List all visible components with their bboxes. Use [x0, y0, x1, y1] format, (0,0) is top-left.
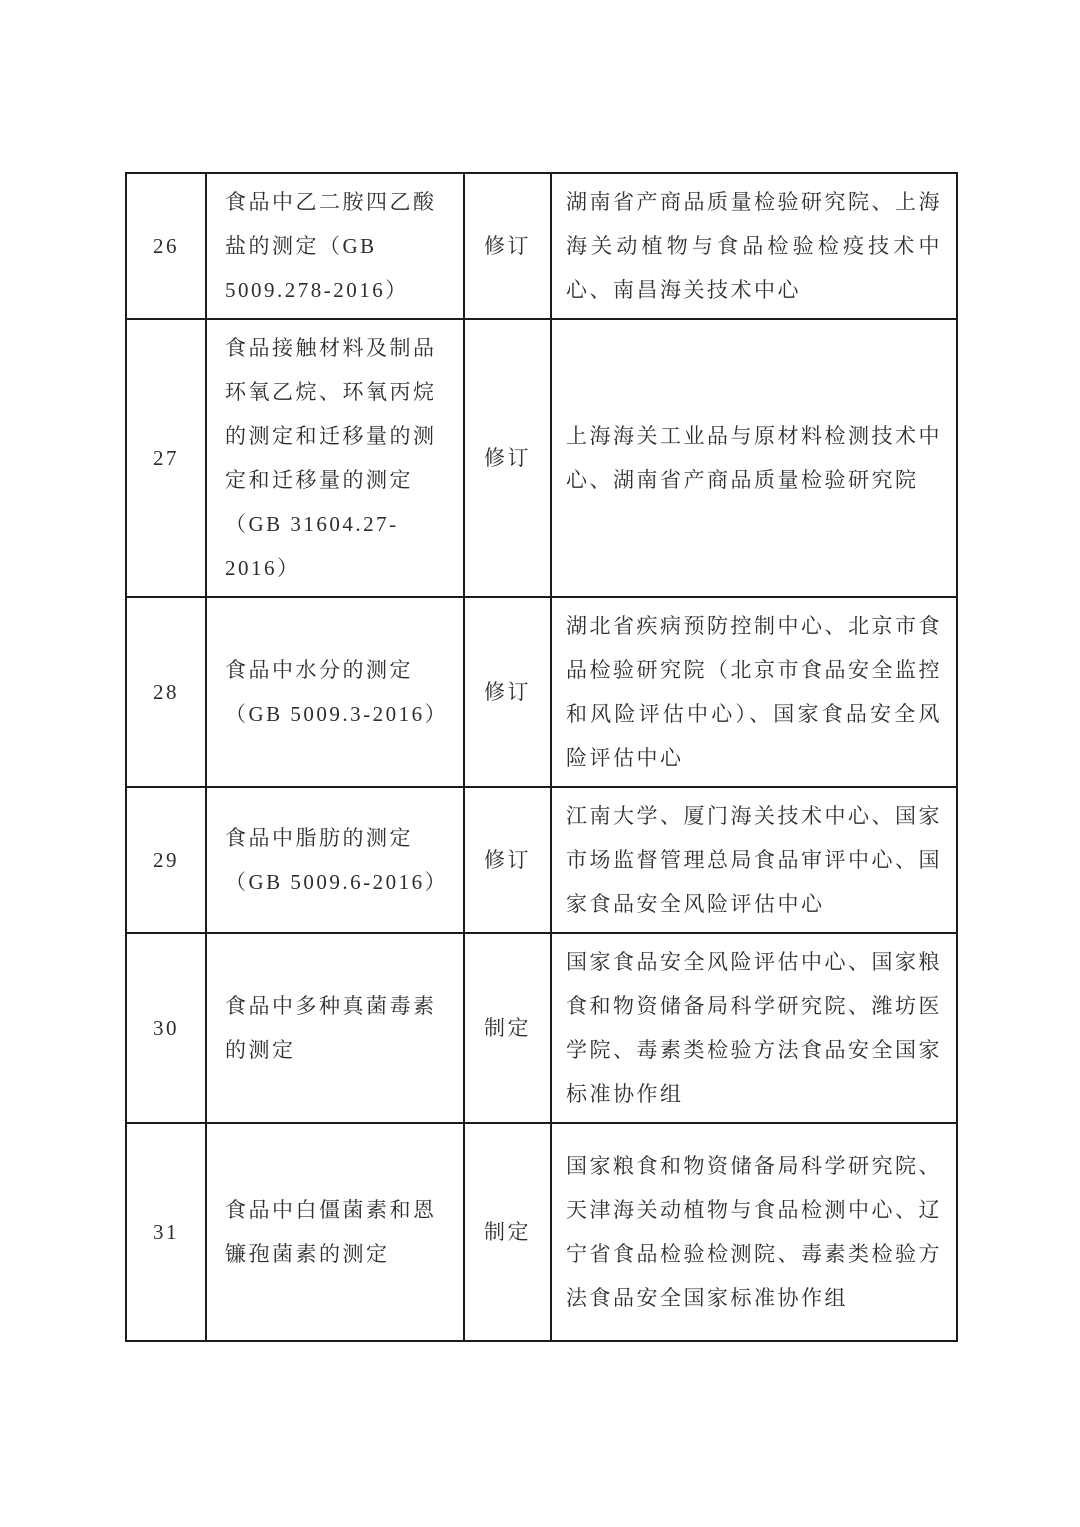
action-cell: 修订 — [464, 787, 551, 933]
action-cell: 修订 — [464, 319, 551, 597]
institutions-cell: 国家食品安全风险评估中心、国家粮食和物资储备局科学研究院、潍坊医学院、毒素类检验… — [551, 933, 957, 1123]
table-row: 27 食品接触材料及制品 环氧乙烷、环氧丙烷 的测定和迁移量的测 定和迁移量的测… — [126, 319, 957, 597]
document-page: 26 食品中乙二胺四乙酸 盐的测定（GB 5009.278-2016） 修订 湖… — [0, 0, 1080, 1527]
standard-name-cell: 食品接触材料及制品 环氧乙烷、环氧丙烷 的测定和迁移量的测 定和迁移量的测定 （… — [206, 319, 464, 597]
standard-name-cell: 食品中脂肪的测定 （GB 5009.6-2016） — [206, 787, 464, 933]
row-number-cell: 30 — [126, 933, 206, 1123]
standard-name-cell: 食品中白僵菌素和恩 镰孢菌素的测定 — [206, 1123, 464, 1341]
table-row: 29 食品中脂肪的测定 （GB 5009.6-2016） 修订 江南大学、厦门海… — [126, 787, 957, 933]
table-row: 28 食品中水分的测定 （GB 5009.3-2016） 修订 湖北省疾病预防控… — [126, 597, 957, 787]
action-cell: 制定 — [464, 1123, 551, 1341]
row-number-cell: 29 — [126, 787, 206, 933]
table-row: 30 食品中多种真菌毒素 的测定 制定 国家食品安全风险评估中心、国家粮食和物资… — [126, 933, 957, 1123]
standard-name-cell: 食品中水分的测定 （GB 5009.3-2016） — [206, 597, 464, 787]
table-row: 26 食品中乙二胺四乙酸 盐的测定（GB 5009.278-2016） 修订 湖… — [126, 173, 957, 319]
action-cell: 制定 — [464, 933, 551, 1123]
standard-name-cell: 食品中多种真菌毒素 的测定 — [206, 933, 464, 1123]
institutions-cell: 湖南省产商品质量检验研究院、上海海关动植物与食品检验检疫技术中心、南昌海关技术中… — [551, 173, 957, 319]
row-number-cell: 28 — [126, 597, 206, 787]
institutions-cell: 江南大学、厦门海关技术中心、国家市场监督管理总局食品审评中心、国家食品安全风险评… — [551, 787, 957, 933]
action-cell: 修订 — [464, 597, 551, 787]
institutions-cell: 湖北省疾病预防控制中心、北京市食品检验研究院（北京市食品安全监控和风险评估中心）… — [551, 597, 957, 787]
standard-name-cell: 食品中乙二胺四乙酸 盐的测定（GB 5009.278-2016） — [206, 173, 464, 319]
institutions-cell: 上海海关工业品与原材料检测技术中心、湖南省产商品质量检验研究院 — [551, 319, 957, 597]
institutions-cell: 国家粮食和物资储备局科学研究院、天津海关动植物与食品检测中心、辽宁省食品检验检测… — [551, 1123, 957, 1341]
action-cell: 修订 — [464, 173, 551, 319]
row-number-cell: 27 — [126, 319, 206, 597]
row-number-cell: 31 — [126, 1123, 206, 1341]
table-row: 31 食品中白僵菌素和恩 镰孢菌素的测定 制定 国家粮食和物资储备局科学研究院、… — [126, 1123, 957, 1341]
row-number-cell: 26 — [126, 173, 206, 319]
standards-table: 26 食品中乙二胺四乙酸 盐的测定（GB 5009.278-2016） 修订 湖… — [125, 172, 958, 1342]
